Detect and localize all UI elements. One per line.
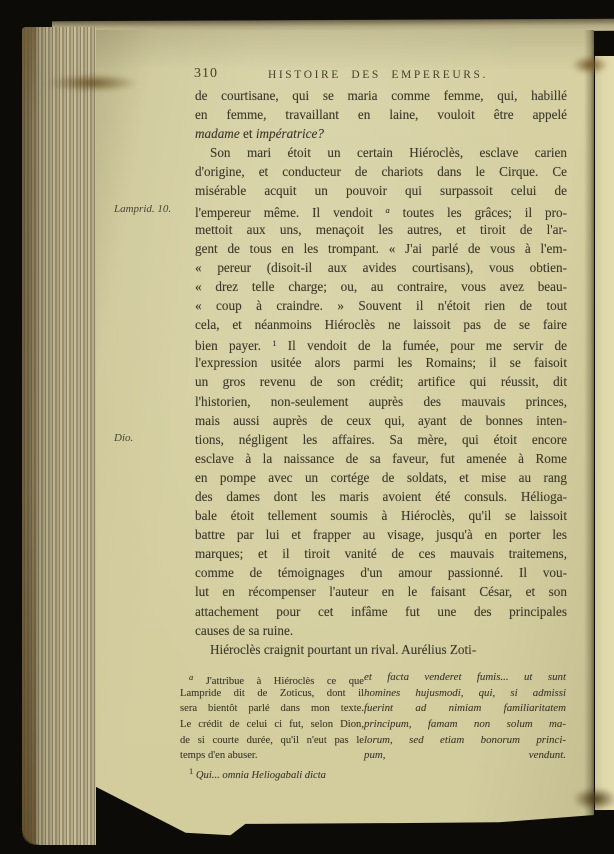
text-line: de courtisane, qui se maria comme femme,… [195,86,567,105]
text-line: « pereur (disoit-il aux avides courtisan… [195,258,567,277]
text-segment: impératrice? [256,126,324,141]
body-text: de courtisane, qui se maria comme femme,… [195,86,567,659]
book-page: 310 HISTOIRE DES EMPEREURS. Lamprid. 10.… [96,30,594,836]
text-line: bale étoit tellement soumis à Hiéroclès,… [195,506,567,525]
text-segment: Son mari étoit un certain Hiéroclès, esc… [210,145,567,160]
text-line: temps d'en abuser. [180,748,364,764]
text-segment: lut en récompenser l'auteur en le faisan… [195,584,567,599]
text-line: misérable acquit un pouvoir qui surpasso… [195,181,567,200]
text-segment: et [240,126,256,141]
footnote-right-column: et facta venderet fumis... ut sunthomine… [364,670,566,780]
text-line: tions, négligent les affaires. Sa mère, … [195,430,567,449]
text-segment: fuerint ad nimiam familiaritatem [364,702,566,714]
stain-top-right [572,56,608,74]
text-segment: en pompe avec un cortége de soldats, et … [195,470,567,485]
text-line: de si courte durée, qu'il n'eut pas le [180,733,364,749]
text-segment: comme de témoignages d'un amour passionn… [195,565,567,580]
text-segment: homines hujusmodi, qui, si admissi [364,687,566,699]
text-segment: lorum, sed etiam bonorum princi- [364,734,566,746]
stain-bottom-right [574,788,614,810]
text-segment: l'expression usitée alors parmi les Roma… [195,355,567,370]
text-line: causes de sa ruine. [195,621,567,640]
text-line: mais aussi auprès de ceux qui, ayant de … [195,411,567,430]
text-segment: gent de tous en les trompant. « J'ai par… [195,241,567,256]
text-line: battre par lui et frapper au visage, jus… [195,525,567,544]
text-segment: temps d'en abuser. [180,750,258,761]
text-line: des dames dont les maris avoient été con… [195,487,567,506]
text-line: mettoit aux uns, menaçoit les autres, et… [195,220,567,239]
text-segment: d'origine, et conducteur de chariots dan… [195,164,567,179]
text-segment: Il vendoit de la fumée, pour me servir d… [276,338,567,353]
text-segment: marques; et il tiroit vanité de ces mauv… [195,546,567,561]
text-line: un gros revenu de son crédit; artifice q… [195,372,567,391]
text-line: madame et impératrice? [195,124,567,143]
text-line: Le crédit de celui ci fut, selon Dion, [180,717,364,733]
text-line: esclave à la naissance de sa faveur, fut… [195,449,567,468]
text-segment: bien payer. [195,338,272,353]
text-segment: attachement pour cet infâme fut une des … [195,604,567,619]
text-line: d'origine, et conducteur de chariots dan… [195,162,567,181]
text-segment: de si courte durée, qu'il n'eut pas le [180,735,364,746]
text-line: homines hujusmodi, qui, si admissi [364,686,566,702]
text-line: l'historien, non-seulement auprès des ma… [195,392,567,411]
footnote-left-column: a J'attribue à Hiéroclès ce queLampride … [180,670,364,780]
text-line: sera bientôt parlé dans mon texte. [180,701,364,717]
text-segment: madame [195,126,240,141]
text-segment: en femme, travaillant en laine, vouloit … [195,107,567,122]
footnotes: a J'attribue à Hiéroclès ce queLampride … [180,670,566,780]
text-segment: misérable acquit un pouvoir qui surpasso… [195,183,567,198]
text-line: en femme, travaillant en laine, vouloit … [195,105,567,124]
text-segment: tions, négligent les affaires. Sa mère, … [195,432,567,447]
text-segment: sera bientôt parlé dans mon texte. [180,703,364,714]
text-line: lorum, sed etiam bonorum princi- [364,733,566,749]
text-segment: causes de sa ruine. [195,623,293,638]
text-line: marques; et il tiroit vanité de ces mauv… [195,544,567,563]
text-line: Lampride dit de Zoticus, dont il [180,686,364,702]
text-line: l'expression usitée alors parmi les Roma… [195,353,567,372]
text-line: comme de témoignages d'un amour passionn… [195,563,567,582]
text-line: Hiéroclès craignit pourtant un rival. Au… [195,640,567,659]
text-segment: mettoit aux uns, menaçoit les autres, et… [195,222,567,237]
text-segment: pum, vendunt. [364,749,566,761]
facing-page-edge [595,56,614,810]
text-segment: l'empereur même. Il vendoit [195,205,386,220]
text-segment: « pereur (disoit-il aux avides courtisan… [195,260,567,275]
text-segment: un gros revenu de son crédit; artifice q… [195,374,567,389]
text-segment: l'historien, non-seulement auprès des ma… [195,394,567,409]
text-segment: Qui... omnia Heliogabali dicta [196,770,326,781]
running-title: HISTOIRE DES EMPEREURS. [195,69,561,81]
text-line: a J'attribue à Hiéroclès ce que [180,670,364,686]
text-segment: Hiéroclès craignit pourtant un rival. Au… [210,642,476,657]
text-line: et facta venderet fumis... ut sunt [364,670,566,686]
text-segment: Lampride dit de Zoticus, dont il [180,688,364,699]
text-line: bien payer. 1 Il vendoit de la fumée, po… [195,334,567,353]
text-line: lut en récompenser l'auteur en le faisan… [195,582,567,601]
text-line: fuerint ad nimiam familiaritatem [364,701,566,717]
text-line: attachement pour cet infâme fut une des … [195,602,567,621]
text-segment: battre par lui et frapper au visage, jus… [195,527,567,542]
text-segment: « coup à craindre. » Souvent il n'étoit … [195,298,567,313]
margin-note: Dio. [114,432,192,444]
text-line: l'empereur même. Il vendoit a toutes les… [195,201,567,220]
book-fore-edge-pages [22,27,96,845]
text-line: principum, famam non solum ma- [364,717,566,733]
text-line: cela, et néanmoins Hiéroclès ne laissoit… [195,315,567,334]
text-segment: et facta venderet fumis... ut sunt [364,671,566,683]
text-line: 1 Qui... omnia Heliogabali dicta [180,764,364,780]
margin-note: Lamprid. 10. [114,203,192,215]
text-line: « drez telle charge; ou, au contraire, v… [195,277,567,296]
text-line: « coup à craindre. » Souvent il n'étoit … [195,296,567,315]
text-line: pum, vendunt. [364,748,566,764]
text-segment: mais aussi auprès de ceux qui, ayant de … [195,413,567,428]
stain-top-left [46,74,138,92]
text-segment: toutes les grâces; il pro- [390,205,567,220]
text-segment: bale étoit tellement soumis à Hiéroclès,… [195,508,567,523]
text-segment: principum, famam non solum ma- [364,718,566,730]
text-segment: de courtisane, qui se maria comme femme,… [195,88,567,103]
text-segment: Le crédit de celui ci fut, selon Dion, [180,719,364,730]
gutter-crease [584,30,594,836]
text-line: en pompe avec un cortége de soldats, et … [195,468,567,487]
text-segment: esclave à la naissance de sa faveur, fut… [195,451,567,466]
text-line: gent de tous en les trompant. « J'ai par… [195,239,567,258]
text-segment: des dames dont les maris avoient été con… [195,489,567,504]
text-segment: « drez telle charge; ou, au contraire, v… [195,279,567,294]
book-scan: 310 HISTOIRE DES EMPEREURS. Lamprid. 10.… [0,0,614,854]
text-segment: cela, et néanmoins Hiéroclès ne laissoit… [195,317,567,332]
text-line: Son mari étoit un certain Hiéroclès, esc… [195,143,567,162]
